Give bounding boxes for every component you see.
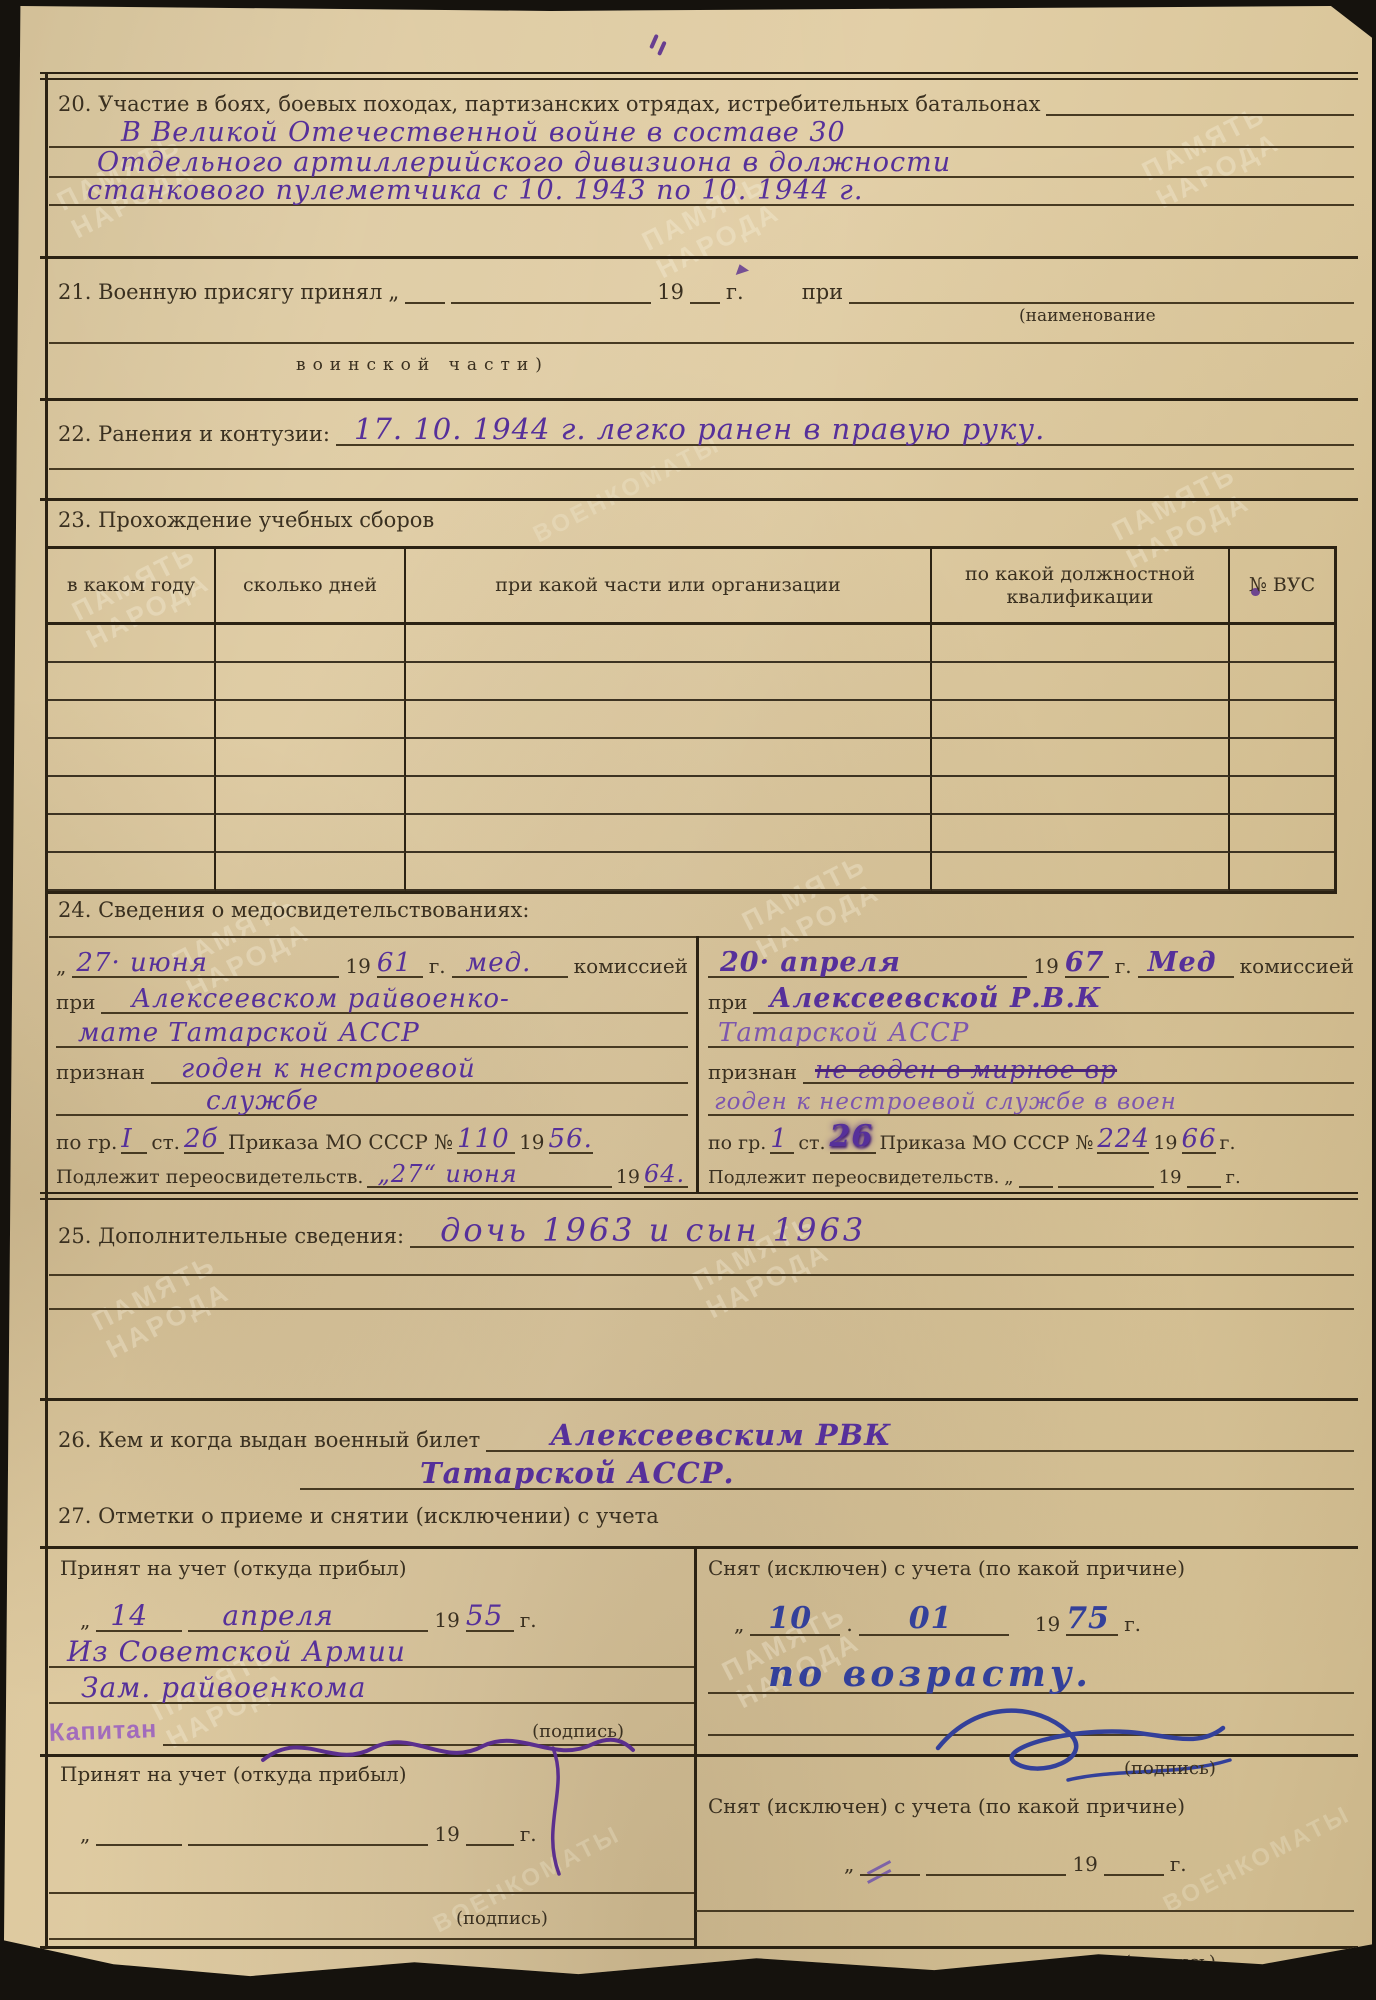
- handwritten-official: Зам. райвоенкома: [49, 1674, 366, 1702]
- ruled-line: 67: [1065, 949, 1109, 978]
- ruled-line: 64.: [644, 1162, 688, 1188]
- year-prefix: 19: [1159, 1167, 1182, 1188]
- signature-line: [708, 1734, 1354, 1736]
- ruled-line: 66: [1182, 1126, 1216, 1154]
- remove-date-row-empty: „ 19 г.: [844, 1838, 1294, 1876]
- section-20-entry-2: Отдельного артиллерийского дивизиона в д…: [49, 148, 1354, 178]
- table-cell-empty: [932, 739, 1230, 777]
- med-right-org-row: при Алексеевской Р.В.К: [708, 978, 1354, 1014]
- section-divider: [40, 256, 1358, 259]
- table-cell-empty: [932, 701, 1230, 739]
- ruled-line: Алексеевским РВК: [486, 1421, 1354, 1452]
- handwritten-day: 10: [750, 1604, 812, 1634]
- handwritten-date: 27· июня: [72, 950, 208, 976]
- ruled-line: [696, 1910, 1354, 1912]
- med-left-org-row-2: мате Татарской АССР: [56, 1014, 688, 1048]
- ruled-line: дочь 1963 и сын 1963: [410, 1214, 1354, 1248]
- table-header-unit: при какой части или организации: [406, 549, 932, 625]
- ruled-line: апреля: [188, 1602, 428, 1632]
- year-prefix: 19: [1033, 954, 1058, 978]
- table-cell-empty: [406, 701, 932, 739]
- ruled-line: 14: [96, 1602, 182, 1632]
- left-border: [45, 72, 48, 1948]
- blank-line: [1058, 1186, 1154, 1188]
- section-divider: [40, 1398, 1358, 1401]
- ruled-line: 20· апреля: [708, 949, 1027, 978]
- commission-label: комиссией: [1240, 954, 1354, 978]
- table-cell-empty: [1230, 853, 1334, 891]
- section-20-entry-1: В Великой Отечественной войне в составе …: [49, 110, 1354, 148]
- med-right-date-row: 20· апреля 19 67 г. Мед комиссией: [708, 942, 1354, 978]
- commission-label: комиссией: [574, 954, 688, 978]
- handwritten-year: 66: [1182, 1126, 1217, 1152]
- handwritten-year: 56.: [549, 1126, 593, 1152]
- document-page: ПАМЯТЬНАРОДА ПАМЯТЬНАРОДА ПАМЯТЬНАРОДА В…: [4, 6, 1372, 1992]
- ruled-line: 1: [770, 1126, 794, 1154]
- blank-line: [466, 1844, 514, 1846]
- section-25-row: 25. Дополнительные сведения: дочь 1963 и…: [58, 1202, 1354, 1248]
- signature-caption: (подпись): [532, 1721, 624, 1742]
- hint-naming: (наименование: [1019, 306, 1156, 326]
- year-prefix: 19: [434, 1822, 459, 1846]
- signature-caption: (подпись): [1124, 1952, 1216, 1973]
- handwritten-day: 14: [96, 1602, 148, 1630]
- ruled-line: Алексеевской Р.В.К: [753, 985, 1354, 1014]
- ruled-line: Отдельного артиллерийского дивизиона в д…: [49, 149, 1354, 178]
- table-cell-empty: [406, 625, 932, 663]
- blank-line: [1187, 1186, 1221, 1188]
- section-26-row: 26. Кем и когда выдан военный билет Алек…: [58, 1408, 1354, 1452]
- ruled-line: [49, 1938, 694, 1940]
- year-suffix: г.: [429, 954, 446, 978]
- table-cell-empty: [932, 663, 1230, 701]
- blank-line: [451, 302, 651, 304]
- section-27-label: 27. Отметки о приеме и снятии (исключени…: [58, 1504, 659, 1528]
- ruled-line: 01: [859, 1604, 1009, 1636]
- year-prefix: 19: [1072, 1852, 1097, 1876]
- ruled-line: 56.: [549, 1126, 593, 1154]
- year-prefix: 19: [519, 1130, 544, 1154]
- year-suffix: г.: [1124, 1612, 1141, 1636]
- group-label: по гр.: [56, 1130, 117, 1154]
- table-header-days: сколько дней: [216, 549, 406, 625]
- med-left-order-row: по гр. I ст. 2б Приказа МО СССР № 110 19…: [56, 1118, 688, 1154]
- accept-label: Принят на учет (откуда прибыл): [60, 1556, 407, 1580]
- table-cell-empty: [216, 625, 406, 663]
- table-cell-empty: [216, 777, 406, 815]
- ruled-line: не годен в мирное вр: [803, 1057, 1354, 1084]
- remove-label: Снят (исключен) с учета (по какой причин…: [708, 1556, 1185, 1580]
- dot: .: [846, 1612, 852, 1636]
- handwritten-entry: 17. 10. 1944 г. легко ранен в правую рук…: [336, 415, 1045, 444]
- handwritten-entry: В Великой Отечественной войне в составе …: [49, 119, 846, 146]
- ruled-line: [49, 1274, 1354, 1276]
- remove-reason-row: по возрасту.: [708, 1642, 1354, 1694]
- handwritten-issuer: Татарской АССР.: [300, 1459, 735, 1488]
- year-prefix: 19: [1153, 1132, 1177, 1154]
- open-quote: „: [56, 954, 66, 978]
- table-cell-empty: [1230, 625, 1334, 663]
- table-cell-empty: [48, 739, 216, 777]
- article-label: ст.: [151, 1130, 180, 1154]
- table-cell-empty: [932, 853, 1230, 891]
- ruled-line: мед.: [452, 950, 568, 978]
- bottom-border: [40, 1946, 1358, 1949]
- handwritten-org: Алексеевской Р.В.К: [753, 985, 1101, 1012]
- handwritten-issuer: Алексеевским РВК: [486, 1421, 891, 1450]
- section-26-label: 26. Кем и когда выдан военный билет: [58, 1428, 480, 1452]
- handwritten-order-number: 224: [1097, 1126, 1150, 1152]
- handwritten-org: мате Татарской АССР: [56, 1020, 420, 1046]
- med-left-date-row: „ 27· июня 19 61 г. мед. комиссией: [56, 942, 688, 978]
- med-right-verdict-row-2: годен к нестроевой службе в воен: [708, 1084, 1354, 1116]
- year-prefix: 19: [434, 1608, 459, 1632]
- top-border: [40, 72, 1358, 80]
- handwritten-org: Алексеевском райвоенко-: [101, 986, 509, 1012]
- table-cell-empty: [1230, 663, 1334, 701]
- handwritten-med: мед.: [452, 950, 532, 976]
- ruled-line: годен к нестроевой службе в воен: [708, 1091, 1354, 1116]
- ruled-line: мате Татарской АССР: [56, 1020, 688, 1048]
- year-prefix: 19: [345, 954, 370, 978]
- section-divider: [40, 498, 1358, 501]
- table-header-vus: № ВУС: [1230, 549, 1334, 625]
- table-cell-empty: [48, 625, 216, 663]
- section-22-label: 22. Ранения и контузии:: [58, 422, 330, 446]
- table-cell-empty: [406, 777, 932, 815]
- handwritten-origin: Из Советской Армии: [49, 1638, 406, 1666]
- table-cell-empty: [406, 739, 932, 777]
- ruled-line: [49, 936, 1354, 938]
- ruled-line: [49, 468, 1354, 470]
- section-25-label: 25. Дополнительные сведения:: [58, 1224, 404, 1248]
- blank-line: [188, 1844, 428, 1846]
- column-divider: [694, 1546, 697, 1948]
- ruled-line: 17. 10. 1944 г. легко ранен в правую рук…: [336, 415, 1354, 446]
- ruled-line: В Великой Отечественной войне в составе …: [49, 119, 1354, 148]
- ruled-line: службе: [56, 1088, 688, 1116]
- watermark: ВОЕНКОМАТЫ: [529, 431, 725, 549]
- resurvey-label: Подлежит переосвидетельств.: [56, 1166, 363, 1188]
- year-suffix: г.: [1226, 1167, 1241, 1188]
- blank-line: [96, 1844, 182, 1846]
- section-24-label: 24. Сведения о медосвидетельствованиях:: [58, 898, 529, 922]
- section-20-entry-3: станкового пулеметчика с 10. 1943 по 10.…: [49, 178, 1354, 206]
- handwritten-group: 1: [770, 1126, 788, 1152]
- section-22-row: 22. Ранения и контузии: 17. 10. 1944 г. …: [58, 404, 1354, 446]
- ruled-line: Татарской АССР: [708, 1020, 1354, 1048]
- ruled-line: [49, 342, 1354, 344]
- handwritten-org: Татарской АССР: [708, 1020, 969, 1046]
- signature-caption: (подпись): [1124, 1758, 1216, 1779]
- handwritten-order-number: 110: [457, 1126, 510, 1152]
- year-suffix: г.: [520, 1608, 537, 1632]
- handwritten-entry: дочь 1963 и сын 1963: [410, 1214, 866, 1246]
- open-quote: „: [388, 280, 399, 304]
- handwritten-year: 55: [466, 1602, 504, 1630]
- ruled-line: [49, 1892, 694, 1894]
- year-suffix: г.: [1115, 954, 1132, 978]
- table-cell-empty: [406, 853, 932, 891]
- handwritten-entry: Отдельного артиллерийского дивизиона в д…: [49, 149, 951, 176]
- document-sheet: ПАМЯТЬНАРОДА ПАМЯТЬНАРОДА ПАМЯТЬНАРОДА В…: [4, 6, 1372, 1992]
- table-cell-empty: [48, 815, 216, 853]
- open-quote: „: [1004, 1167, 1013, 1188]
- open-quote: „: [80, 1822, 90, 1846]
- blank-line: [926, 1874, 1066, 1876]
- handwritten-reason: по возрасту.: [708, 1656, 1092, 1692]
- blank-line: [1019, 1186, 1053, 1188]
- remove-date-row: „ 10 . 01 19 75 г.: [734, 1592, 1300, 1636]
- handwritten-date: 20· апреля: [708, 949, 901, 976]
- section-divider: [40, 1546, 1358, 1549]
- med-right-order-row: по гр. 1 ст. 26 Приказа МО СССР № 224 19…: [708, 1118, 1354, 1154]
- ruled-line: годен к нестроевой: [151, 1056, 688, 1084]
- ruled-line: Алексеевском райвоенко-: [101, 986, 688, 1014]
- med-left-resurvey-row: Подлежит переосвидетельств. „27“ июня 19…: [56, 1156, 688, 1188]
- med-right-resurvey-row: Подлежит переосвидетельств. „ 19 г.: [708, 1156, 1354, 1188]
- section-21-row: 21. Военную присягу принял „ 19 г. при: [58, 268, 1354, 304]
- ruled-line: [49, 1308, 1354, 1310]
- remove-signature-row: [708, 1698, 1354, 1736]
- ruled-line: Из Советской Армии: [49, 1638, 694, 1668]
- handwritten-entry: станкового пулеметчика с 10. 1943 по 10.…: [49, 177, 863, 204]
- handwritten-group: I: [121, 1126, 132, 1152]
- ruled-line: 75: [1066, 1604, 1118, 1636]
- section-21-label: 21. Военную присягу принял: [58, 280, 382, 304]
- ruled-line: Татарской АССР.: [300, 1459, 1354, 1490]
- section-divider: [40, 1192, 1358, 1200]
- table-cell-empty: [406, 815, 932, 853]
- table-cell-empty: [48, 853, 216, 891]
- signature-scribble: [918, 1688, 1238, 1798]
- table-cell-empty: [1230, 739, 1334, 777]
- signature-caption: (подпись): [456, 1908, 548, 1929]
- priznan-label: признан: [708, 1060, 797, 1084]
- ruled-line: станкового пулеметчика с 10. 1943 по 10.…: [49, 177, 1354, 206]
- handwritten-month: апреля: [188, 1602, 334, 1630]
- blank-line: [849, 302, 1354, 304]
- ruled-line: 26: [830, 1122, 876, 1154]
- accept-date-row: „ 14 апреля 19 55 г.: [80, 1590, 590, 1632]
- open-quote: „: [80, 1608, 90, 1632]
- accept-signature-row: Капитан (подпись): [49, 1704, 694, 1746]
- handwritten-year: 64.: [644, 1162, 685, 1186]
- accept-origin-row: Из Советской Армии: [49, 1632, 694, 1668]
- handwritten-year: 67: [1065, 949, 1105, 976]
- accept-label: Принят на учет (откуда прибыл): [60, 1762, 407, 1786]
- hint-military-unit: воинской части): [296, 355, 549, 375]
- article-label: ст.: [798, 1132, 825, 1154]
- section-divider: [40, 398, 1358, 401]
- order-label: Приказа МО СССР №: [880, 1132, 1094, 1154]
- ruled-line: 27· июня: [72, 950, 339, 978]
- med-right-verdict-row: признан не годен в мирное вр: [708, 1050, 1354, 1084]
- blank-line: [690, 302, 720, 304]
- blank-line: [860, 1874, 920, 1876]
- table-cell-empty: [216, 853, 406, 891]
- year-prefix: 19: [616, 1166, 640, 1188]
- ink-mark: [649, 34, 659, 49]
- table-cell-empty: [216, 815, 406, 853]
- rank-stamp: Капитан: [49, 1715, 158, 1748]
- table-cell-empty: [48, 663, 216, 701]
- ruled-line: 61: [377, 950, 423, 978]
- year-suffix: г.: [520, 1822, 537, 1846]
- ruled-line: 10: [750, 1604, 840, 1636]
- ruled-line: 55: [466, 1602, 514, 1632]
- year-suffix: г.: [726, 280, 744, 304]
- table-header-qualification: по какой должностной квалификации: [932, 549, 1230, 625]
- handwritten-year: 61: [377, 950, 412, 976]
- med-right-org-row-2: Татарской АССР: [708, 1014, 1354, 1048]
- ruled-line: 224: [1097, 1126, 1149, 1154]
- year-suffix: г.: [1170, 1852, 1187, 1876]
- table-cell-empty: [932, 815, 1230, 853]
- handwritten-article: 26: [830, 1122, 874, 1152]
- pri-label: при: [708, 990, 747, 1014]
- handwritten-struck-verdict: не годен в мирное вр: [803, 1057, 1117, 1082]
- year-prefix: 19: [657, 280, 684, 304]
- handwritten-resurvey-date: „27“ июня: [367, 1162, 517, 1186]
- table-cell-empty: [1230, 777, 1334, 815]
- med-left-org-row: при Алексеевском райвоенко-: [56, 978, 688, 1014]
- section-26-row-2: Татарской АССР.: [300, 1452, 1354, 1490]
- table-cell-empty: [216, 739, 406, 777]
- blank-line: [405, 302, 445, 304]
- table-cell-empty: [216, 663, 406, 701]
- ruled-line: Зам. райвоенкома: [49, 1674, 694, 1704]
- ruled-line: Мед: [1138, 949, 1234, 978]
- open-quote: „: [734, 1612, 744, 1636]
- table-cell-empty: [216, 701, 406, 739]
- handwritten-verdict: годен к нестроевой: [151, 1056, 476, 1082]
- table-header-year: в каком году: [48, 549, 216, 625]
- ruled-line: 110: [457, 1126, 515, 1154]
- ruled-line: „27“ июня: [367, 1162, 611, 1188]
- group-label: по гр.: [708, 1132, 766, 1154]
- year-suffix: г.: [1220, 1132, 1236, 1154]
- handwritten-article: 2б: [184, 1126, 218, 1152]
- accept-date-row-empty: „ 19 г.: [80, 1806, 590, 1846]
- signature-line: (подпись): [163, 1744, 694, 1746]
- table-cell-empty: [48, 701, 216, 739]
- table-cell-empty: [48, 777, 216, 815]
- accept-official-row: Зам. райвоенкома: [49, 1668, 694, 1704]
- med-left-verdict-row-2: службе: [56, 1084, 688, 1116]
- priznan-label: признан: [56, 1060, 145, 1084]
- ruled-line: 2б: [184, 1126, 224, 1154]
- handwritten-year: 75: [1066, 1604, 1110, 1634]
- table-cell-empty: [1230, 815, 1334, 853]
- pri-label: при: [56, 990, 95, 1014]
- open-quote: „: [844, 1852, 854, 1876]
- table-cell-empty: [406, 663, 932, 701]
- training-table: в каком году сколько дней при какой част…: [45, 546, 1337, 894]
- resurvey-label: Подлежит переосвидетельств.: [708, 1167, 999, 1188]
- pri-label: при: [802, 280, 843, 304]
- blank-line: [1104, 1874, 1164, 1876]
- section-23-label: 23. Прохождение учебных сборов: [58, 508, 434, 532]
- handwritten-verdict: службе: [56, 1088, 319, 1114]
- handwritten-month: 01: [859, 1604, 953, 1634]
- handwritten-verdict: годен к нестроевой службе в воен: [708, 1091, 1177, 1114]
- table-cell-empty: [1230, 701, 1334, 739]
- column-divider: [696, 936, 699, 1192]
- ruled-line: I: [121, 1126, 147, 1154]
- year-prefix: 19: [1035, 1612, 1060, 1636]
- remove-label: Снят (исключен) с учета (по какой причин…: [708, 1794, 1185, 1818]
- handwritten-med: Мед: [1138, 949, 1217, 976]
- table-cell-empty: [932, 777, 1230, 815]
- med-left-verdict-row: признан годен к нестроевой: [56, 1050, 688, 1084]
- order-label: Приказа МО СССР №: [228, 1130, 453, 1154]
- table-cell-empty: [932, 625, 1230, 663]
